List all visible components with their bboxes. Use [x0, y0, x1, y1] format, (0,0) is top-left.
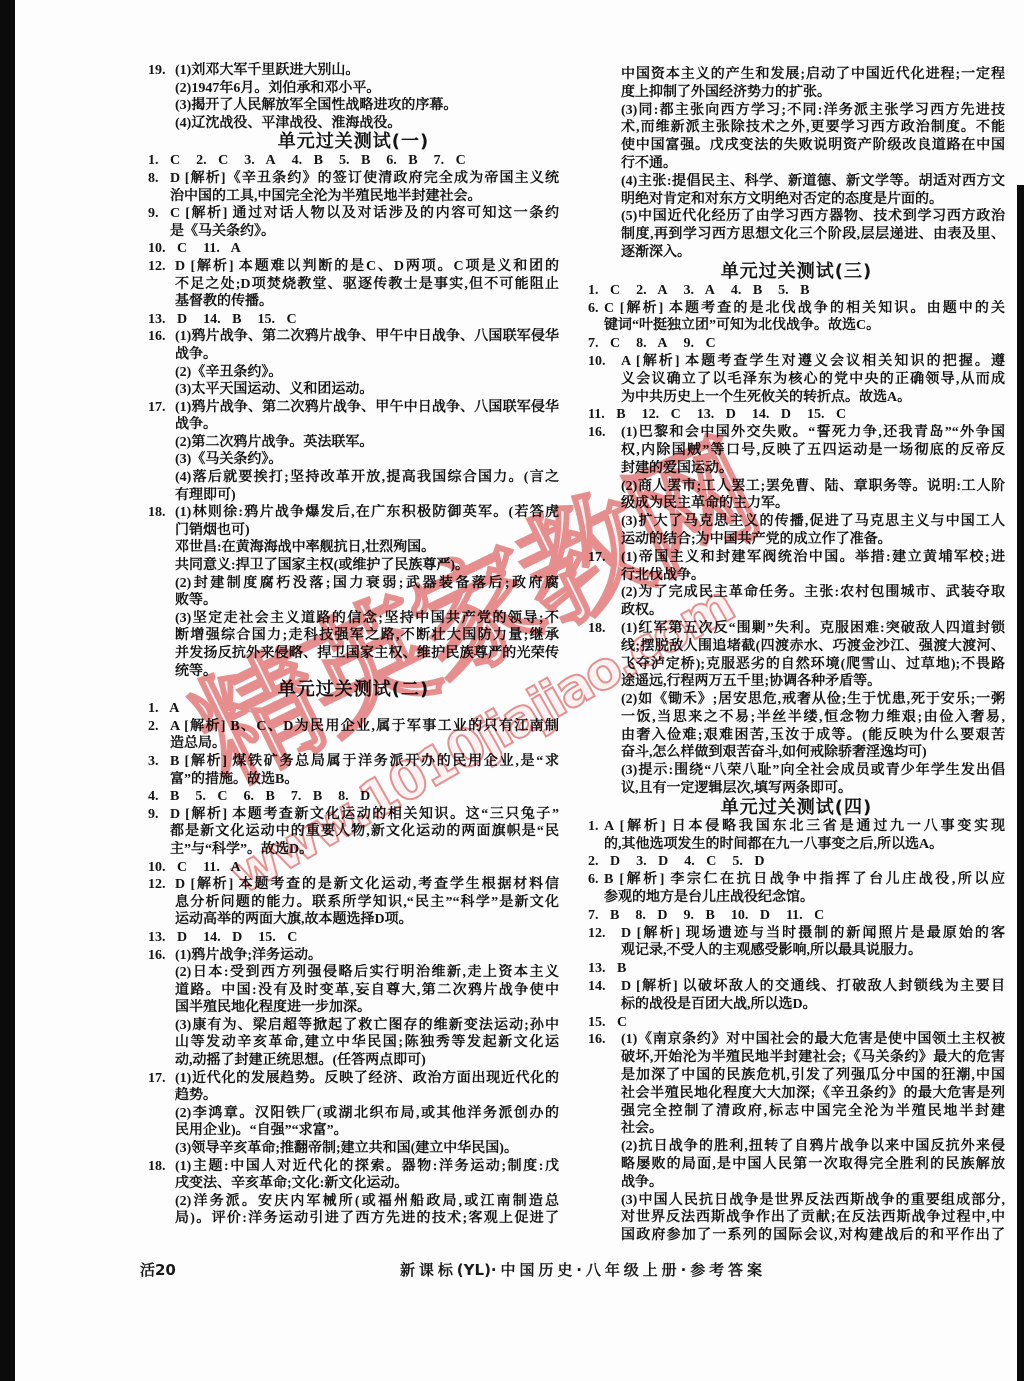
- answer: 10. C: [148, 240, 187, 258]
- answer-line: 是加深了中国的民族危机,引发了列强瓜分中国的狂潮,中国: [588, 1067, 1005, 1085]
- answer: 5. B: [339, 152, 370, 170]
- answer-line: 造总局。: [148, 735, 559, 753]
- answer: 7. B: [291, 788, 322, 806]
- answer-line: 败等。: [148, 592, 559, 610]
- answer-line: (1)红军第五次反“围剿”失利。克服困难:突破敌人四道封锁: [621, 620, 1005, 638]
- answer: 5. C: [195, 788, 227, 806]
- answer-line: (1)鸦片战争、第二次鸦片战争、甲午中日战争、八国联军侵华: [175, 328, 559, 346]
- answer-line: 线;摆脱敌人围追堵截(四渡赤水、巧渡金沙江、强渡大渡河、: [588, 638, 1005, 656]
- answer-item: 16.(1)鸦片战争、第二次鸦片战争、甲午中日战争、八国联军侵华 战争。 (2)…: [148, 328, 559, 398]
- answer-line: 义会议确立了以毛泽东为核心的党中央的正确领导,从而成: [588, 371, 1005, 389]
- question-number: 6.: [588, 871, 604, 889]
- answer-line: 富”的措施。故选B。: [148, 771, 559, 789]
- answer: 13. D: [148, 929, 187, 947]
- answer: 11. C: [786, 907, 824, 925]
- answer-item: 19.(1)刘邓大军千里跃进大别山。 (2)1947年6月。刘伯承和邓小平。 (…: [148, 62, 559, 132]
- question-number: 9.: [148, 806, 170, 824]
- footer-title: 新课标(YL)·中国历史·八年级上册·参考答案: [400, 1259, 762, 1280]
- answer-item: 6.C [解析] 本题考查的是北伐战争的相关知识。由题中的关 键词“叶挺独立团”…: [588, 300, 1005, 336]
- answer-line: (4)落后就要挨打;坚持改革开放,提高我国综合国力。(言之: [148, 469, 559, 487]
- question-number: 19.: [148, 62, 175, 80]
- answer-line: (4)主张:提倡民主、科学、新道德、新文学等。胡适对西方文: [588, 173, 1005, 191]
- answer: 8. D: [338, 788, 370, 806]
- question-number: 18.: [148, 504, 175, 522]
- answer-line: 由奢入俭难;艰难困苦,玉汝于成等。(能反映为什么要艰苦: [588, 727, 1005, 745]
- question-number: 1.: [588, 818, 604, 836]
- right-column: 中国资本主义的产生和发展;启动了中国近代化进程;一定程 度上抑制了外国经济势力的…: [588, 66, 1005, 1245]
- question-number: 17.: [588, 549, 621, 567]
- answer: 1. C: [588, 282, 620, 300]
- answer-line: 社会。: [588, 1120, 1005, 1138]
- answer-line: 观记录,不受人的主观感受影响,所以最具说服力。: [588, 942, 1005, 960]
- section-title: 单元过关测试(三): [588, 262, 1005, 282]
- answer-row: 13. B: [588, 960, 1005, 978]
- answer-line: 强完全控制了清政府,标志中国完全沦为半殖民地半封建: [588, 1103, 1005, 1121]
- answer-line: 飞夺泸定桥);克服恶劣的自然环境(爬雪山、过草地);不畏路: [588, 656, 1005, 674]
- answer-line: 政权。: [588, 602, 1005, 620]
- answer-line: D [解析] 本题难以判断的是C、D两项。C项是义和团的: [175, 258, 559, 276]
- answer-row: 13. D14. D15. C: [148, 929, 559, 947]
- answer-line: (1)帝国主义和封建军阀统治中国。举措:建立黄埔军校;进: [621, 549, 1005, 567]
- answer-line: 权,内除国贼”等口号,反映了五四运动是一场彻底的反帝反: [588, 442, 1005, 460]
- answer-row: 13. D14. B15. C: [148, 311, 559, 329]
- answer: 6. B: [243, 788, 274, 806]
- question-number: 16.: [148, 328, 175, 346]
- answer-line: 不足之处;D项焚烧教堂、驱逐传教士是事实,但不可能阻止: [148, 276, 559, 294]
- answer-line: 动,动摇了封建正统思想。(任答两点即可): [148, 1052, 559, 1070]
- answer-item: 6.B [解析] 李宗仁在抗日战争中指挥了台儿庄战役,所以应 参观的地方是台儿庄…: [588, 871, 1005, 907]
- answer-line: 议,且有一定逻辑层次,填写两条即可。: [588, 780, 1005, 798]
- answer-line: (2)《辛丑条约》。: [148, 364, 559, 382]
- answer-line: 趋势。: [148, 1087, 559, 1105]
- answer: 12. C: [642, 406, 681, 424]
- answer-line: 途遥远,行程两万五千里;协调各种矛盾等。: [588, 673, 1005, 691]
- answer-item: 12.D [解析] 本题难以判断的是C、D两项。C项是义和团的 不足之处;D项焚…: [148, 258, 559, 311]
- answer-line: 邓世昌:在黄海海战中率舰抗日,壮烈殉国。: [148, 539, 559, 557]
- question-number: 16.: [588, 1031, 621, 1049]
- answer: 15. C: [258, 929, 297, 947]
- answer-line: (1)近代化的发展趋势。反映了经济、政治方面出现近代化的: [175, 1070, 559, 1088]
- answer-line: 都是新文化运动中的重要人物,新文化运动的两面旗帜是“民: [148, 823, 559, 841]
- question-number: 12.: [148, 258, 175, 276]
- answer-line: 战争。: [148, 346, 559, 364]
- answer-line: 共同意义:捍卫了国家主权(或维护了民族尊严)。: [148, 557, 559, 575]
- answer: 1. A: [148, 700, 179, 718]
- answer-line: D [解析] 本题考查新文化运动的相关知识。这“三只兔子”: [170, 806, 559, 824]
- answer-line: (3)提示:围绕“八荣八耻”向全社会成员或青少年学生发出倡: [588, 762, 1005, 780]
- answer-line: (2)李鸿章。汉阳铁厂(或湖北织布局,或其他洋务派创办的: [148, 1105, 559, 1123]
- section-title: 单元过关测试(四): [588, 798, 1005, 818]
- answer: 5. B: [778, 282, 809, 300]
- answer-line: 是《马关条约》。: [148, 223, 559, 241]
- question-number: 2.: [148, 718, 170, 736]
- answer-item: 17.(1)近代化的发展趋势。反映了经济、政治方面出现近代化的 趋势。 (2)李…: [148, 1070, 559, 1158]
- answer: 5. D: [732, 853, 764, 871]
- answer-line: (1)鸦片战争;洋务运动。: [175, 947, 559, 965]
- answer-line: (5)中国近代化经历了由学习西方器物、技术到学习西方政治: [588, 208, 1005, 226]
- answer-line: 山等发动辛亥革命,建立中华民国;陈独秀等发起新文化运: [148, 1034, 559, 1052]
- answer-line: 度上抑制了外国经济势力的扩张。: [588, 84, 1005, 102]
- question-number: 14.: [588, 978, 621, 996]
- answer: 3. A: [244, 152, 275, 170]
- answer: 4. B: [292, 152, 323, 170]
- answer-line: B [解析] 煤铁矿务总局属于洋务派开办的民用企业,是“求: [170, 753, 559, 771]
- answer-line: 统等。: [148, 663, 559, 681]
- answer-line: 一饭,当思来之不易;半丝半缕,恒念物力维艰;由俭入奢易,: [588, 709, 1005, 727]
- answer-line: 治中国的工具,中国完全沦为半殖民地半封建社会。: [148, 188, 559, 206]
- left-column: 19.(1)刘邓大军千里跃进大别山。 (2)1947年6月。刘伯承和邓小平。 (…: [148, 62, 559, 1228]
- answer: 15. C: [588, 1014, 627, 1032]
- answer: 2. A: [636, 282, 667, 300]
- answer-line: 戌变法、辛亥革命;文化:新文化运动。: [148, 1175, 559, 1193]
- answer-item: 2.A [解析] B、C、D为民用企业,属于军事工业的只有江南制 造总局。: [148, 718, 559, 753]
- section-title: 单元过关测试(二): [148, 680, 559, 700]
- answer: 9. C: [683, 335, 715, 353]
- answer: 3. A: [683, 282, 714, 300]
- question-number: 12.: [148, 876, 175, 894]
- answer: 13. B: [588, 960, 626, 978]
- answer-line: 逐渐深入。: [588, 244, 1005, 262]
- answer-line: (2)抗日战争的胜利,扭转了自鸦片战争以来中国反抗外来侵: [588, 1138, 1005, 1156]
- answer: 3. D: [636, 853, 668, 871]
- answer: 11. B: [588, 406, 626, 424]
- answer-line: 战争。: [148, 416, 559, 434]
- question-number: 16.: [148, 947, 175, 965]
- answer-row: 1. C2. C3. A4. B5. B6. B7. C: [148, 152, 559, 170]
- question-number: 12.: [588, 925, 621, 943]
- answer-line: (4)辽沈战役、平津战役、淮海战役。: [148, 115, 559, 133]
- answer: 1. C: [148, 152, 180, 170]
- answer-line: 为中共历史上一个生死攸关的转折点。故选A。: [588, 389, 1005, 407]
- answer-line: 制度,再到学习西方思想文化三个阶段,层层递进、由表及里、: [588, 226, 1005, 244]
- answer-line: 断增强综合国力;走科技强军之路,不断壮大国防力量;继承: [148, 627, 559, 645]
- answer: 4. B: [148, 788, 179, 806]
- answer-row: 7. B8. D9. B10. D11. C: [588, 907, 1005, 925]
- answer-line: (3)《马关条约》。: [148, 451, 559, 469]
- answer-line: C [解析] 本题考查的是北伐战争的相关知识。由题中的关: [604, 300, 1005, 318]
- answer-line: 对世界反法西斯战争作出了贡献;在反法西斯战争过程中,中: [588, 1209, 1005, 1227]
- answer: 15. C: [807, 406, 846, 424]
- answer-line: 有理即可): [148, 487, 559, 505]
- answer-item: 1.A [解析] 日本侵略我国东北三省是通过九一八事变实现 的,其他选项发生的时…: [588, 818, 1005, 854]
- answer-line: 的,其他选项发生的时间都在九一八事变之后,所以选A。: [588, 836, 1005, 854]
- answer: 10. D: [731, 907, 770, 925]
- answer-line: (2)为了完成民主革命任务。主张:农村包围城市、武装夺取: [588, 584, 1005, 602]
- answer-line: 中国资本主义的产生和发展;启动了中国近代化进程;一定程: [588, 66, 1005, 84]
- section-title: 单元过关测试(一): [148, 132, 559, 152]
- answer-row: 4. B5. C6. B7. B8. D: [148, 788, 559, 806]
- answer-row: 10. C11. A: [148, 240, 559, 258]
- answer: 13. D: [697, 406, 736, 424]
- answer: 10. C: [148, 859, 187, 877]
- answer-row: 10. C11. A: [148, 859, 559, 877]
- answer-line: 运动的结合;为中国共产党的成立作了准备。: [588, 531, 1005, 549]
- answer: 11. A: [203, 240, 241, 258]
- answer-line: (3)领导辛亥革命;推翻帝制;建立共和国(建立中华民国)。: [148, 1140, 559, 1158]
- answer-item: 8.D [解析]《辛丑条约》的签订使清政府完全成为帝国主义统 治中国的工具,中国…: [148, 170, 559, 205]
- answer-line: 社会半殖民地化程度大大加深;《辛丑条约》的最大危害是列: [588, 1085, 1005, 1103]
- answer-line: 道路。中国:没有及时变革,妄自尊大,第二次鸦片战争使中: [148, 982, 559, 1000]
- answer-line: 战争。: [588, 1174, 1005, 1192]
- answer-line: D [解析] 以破坏敌人的交通线、打破敌人封锁线为主要目: [621, 978, 1005, 996]
- question-number: 9.: [148, 205, 170, 223]
- answer-line: 运动高举的两面大旗,故本题选择D项。: [148, 911, 559, 929]
- answer-item: 17.(1)鸦片战争、第二次鸦片战争、甲午中日战争、八国联军侵华 战争。 (2)…: [148, 399, 559, 505]
- answer-line: D [解析] 本题考查的是新文化运动,考查学生根据材料信: [175, 876, 559, 894]
- scanned-page: 19.(1)刘邓大军千里跃进大别山。 (2)1947年6月。刘伯承和邓小平。 (…: [0, 0, 1024, 1381]
- answer-line: (3)康有为、梁启超等掀起了救亡图存的维新变法运动;孙中: [148, 1017, 559, 1035]
- answer-item: 3.B [解析] 煤铁矿务总局属于洋务派开办的民用企业,是“求 富”的措施。故选…: [148, 753, 559, 788]
- answer: 7. C: [434, 152, 466, 170]
- answer-item: 9.C [解析] 通过对话人物以及对话涉及的内容可知这一条约 是《马关条约》。: [148, 205, 559, 240]
- answer-item: 17.(1)帝国主义和封建军阀统治中国。举措:建立黄埔军校;进 行北伐战争。 (…: [588, 549, 1005, 620]
- answer-line: D [解析] 现场遗迹与当时摄制的新闻照片是最原始的客: [621, 925, 1005, 943]
- answer-item: 12.D [解析] 本题考查的是新文化运动,考查学生根据材料信 息分析问题的能力…: [148, 876, 559, 929]
- answer: 9. B: [683, 907, 714, 925]
- answer-line: 略屡败的局面,是中国人民第一次取得完全胜利的民族解放: [588, 1156, 1005, 1174]
- answer-item: 18.(1)主题:中国人对近代化的探索。器物:洋务运动;制度:戊 戌变法、辛亥革…: [148, 1158, 559, 1228]
- question-number: 17.: [148, 1070, 175, 1088]
- answer: 7. C: [588, 335, 620, 353]
- answer-line: (3)揭开了人民解放军全国性战略进攻的序幕。: [148, 97, 559, 115]
- question-number: 16.: [588, 424, 621, 442]
- answer-line: 明绝对肯定和对东方文明绝对否定的态度是片面的。: [588, 191, 1005, 209]
- answer-item: 12.D [解析] 现场遗迹与当时摄制的新闻照片是最原始的客 观记录,不受人的主…: [588, 925, 1005, 961]
- answer-line: (2)日本:受到西方列强侵略后实行明治维新,走上资本主义: [148, 964, 559, 982]
- answer-item: 16.(1)巴黎和会中国外交失败。“誓死力争,还我青岛”“外争国 权,内除国贼”…: [588, 424, 1005, 549]
- answer: 14. B: [203, 311, 241, 329]
- answer-line: 主”与“科学”。故选D。: [148, 841, 559, 859]
- answer-item: 18.(1)林则徐:鸦片战争爆发后,在广东积极防御英军。(若答虎 门销烟也可) …: [148, 504, 559, 680]
- answer-line: 级成为民主革命的主力军。: [588, 495, 1005, 513]
- answer-line: 键词“叶挺独立团”可知为北伐战争。故选C。: [588, 317, 1005, 335]
- answer-item-continued: 中国资本主义的产生和发展;启动了中国近代化进程;一定程 度上抑制了外国经济势力的…: [588, 66, 1005, 262]
- answer-line: (3)中国人民抗日战争是世界反法西斯战争的重要组成部分,: [588, 1192, 1005, 1210]
- answer-row: 1. C2. A3. A4. B5. B: [588, 282, 1005, 300]
- answer-line: 术,而维新派主张除技术之外,更要学习西方政治制度。不能: [588, 119, 1005, 137]
- page-number: 活20: [140, 1259, 176, 1280]
- answer: 8. A: [636, 335, 667, 353]
- answer-line: (3)同:都主张向西方学习;不同:洋务派主张学习西方先进技: [588, 102, 1005, 120]
- answer-item: 16.(1)鸦片战争;洋务运动。 (2)日本:受到西方列强侵略后实行明治维新,走…: [148, 947, 559, 1070]
- answer-line: 行北伐战争。: [588, 567, 1005, 585]
- answer-line: 破坏,开始沦为半殖民地半封建社会;《马关条约》最大的危害: [588, 1049, 1005, 1067]
- answer-line: (1)鸦片战争、第二次鸦片战争、甲午中日战争、八国联军侵华: [175, 399, 559, 417]
- answer-item: 18.(1)红军第五次反“围剿”失利。克服困难:突破敌人四道封锁 线;摆脱敌人围…: [588, 620, 1005, 798]
- answer: 15. C: [257, 311, 296, 329]
- answer-line: 并发扬反抗外来侵略、捍卫国家主权、维护民族尊严的光荣传: [148, 645, 559, 663]
- answer-row: 15. C: [588, 1014, 1005, 1032]
- answer-line: A [解析] B、C、D为民用企业,属于军事工业的只有江南制: [170, 718, 559, 736]
- question-number: 18.: [588, 620, 621, 638]
- answer: 8. D: [635, 907, 667, 925]
- answer-line: (3)太平天国运动、义和团运动。: [148, 381, 559, 399]
- answer: 11. A: [203, 859, 241, 877]
- answer-item: 9.D [解析] 本题考查新文化运动的相关知识。这“三只兔子” 都是新文化运动中…: [148, 806, 559, 859]
- answer-line: (2)1947年6月。刘伯承和邓小平。: [148, 80, 559, 98]
- question-number: 8.: [148, 170, 170, 188]
- question-number: 17.: [148, 399, 175, 417]
- answer-line: (1)巴黎和会中国外交失败。“誓死力争,还我青岛”“外争国: [621, 424, 1005, 442]
- answer-line: 封建的爱国运动。: [588, 460, 1005, 478]
- answer: 14. D: [203, 929, 242, 947]
- answer-line: 奋斗,怎么样做到艰苦奋斗,如何戒除骄奢淫逸均可): [588, 744, 1005, 762]
- scan-border-right: [1017, 185, 1024, 1381]
- answer-line: 国半殖民地化程度进一步加深。: [148, 999, 559, 1017]
- answer-item: 10.A [解析] 本题考查学生对遵义会议相关知识的把握。遵 义会议确立了以毛泽…: [588, 353, 1005, 406]
- answer-line: A [解析] 本题考查学生对遵义会议相关知识的把握。遵: [621, 353, 1005, 371]
- answer-line: 参观的地方是台儿庄战役纪念馆。: [588, 889, 1005, 907]
- answer-line: (1)刘邓大军千里跃进大别山。: [175, 62, 559, 80]
- answer-line: (2)第二次鸦片战争。英法联军。: [148, 434, 559, 452]
- answer-line: (1)主题:中国人对近代化的探索。器物:洋务运动;制度:戊: [175, 1158, 559, 1176]
- answer-line: 门销烟也可): [148, 522, 559, 540]
- answer-row: 7. C8. A9. C: [588, 335, 1005, 353]
- question-number: 18.: [148, 1158, 175, 1176]
- answer-item: 16.(1)《南京条约》对中国社会的最大危害是使中国领土主权被 破坏,开始沦为半…: [588, 1031, 1005, 1245]
- answer-line: (2)洋务派。安庆内军械所(或福州船政局,或江南制造总: [148, 1193, 559, 1211]
- answer: 6. B: [386, 152, 417, 170]
- answer-line: (2)如《锄禾》;居安思危,戒奢从俭;生于忧患,死于安乐;一粥: [588, 691, 1005, 709]
- answer-line: 基督教的传播。: [148, 293, 559, 311]
- answer-line: 标的战役是百团大战,所以选D。: [588, 996, 1005, 1014]
- answer-line: (3)坚定走社会主义道路的信念;坚持中国共产党的领导;不: [148, 610, 559, 628]
- answer-line: C [解析] 通过对话人物以及对话涉及的内容可知这一条约: [170, 205, 559, 223]
- answer-line: D [解析]《辛丑条约》的签订使清政府完全成为帝国主义统: [170, 170, 559, 188]
- question-number: 10.: [588, 353, 621, 371]
- answer-row: 2. D3. D4. C5. D: [588, 853, 1005, 871]
- answer-line: (1)《南京条约》对中国社会的最大危害是使中国领土主权被: [621, 1031, 1005, 1049]
- answer-line: 行不通。: [588, 155, 1005, 173]
- answer: 2. D: [588, 853, 620, 871]
- answer-line: (1)林则徐:鸦片战争爆发后,在广东积极防御英军。(若答虎: [175, 504, 559, 522]
- answer-line: (2)封建制度腐朽没落;国力衰弱;武器装备落后;政府腐: [148, 575, 559, 593]
- answer: 2. C: [196, 152, 228, 170]
- answer-row: 1. A: [148, 700, 559, 718]
- answer-line: (3)扩大了马克思主义的传播,促进了马克思主义与中国工人: [588, 513, 1005, 531]
- question-number: 3.: [148, 753, 170, 771]
- answer: 13. D: [148, 311, 187, 329]
- answer-line: 国政府参加了一系列的国际会议,对构建战后的和平作出了: [588, 1227, 1005, 1245]
- answer-line: B [解析] 李宗仁在抗日战争中指挥了台儿庄战役,所以应: [604, 871, 1005, 889]
- question-number: 6.: [588, 300, 604, 318]
- answer: 7. B: [588, 907, 619, 925]
- answer-item: 14.D [解析] 以破坏敌人的交通线、打破敌人封锁线为主要目 标的战役是百团大…: [588, 978, 1005, 1014]
- answer: 4. B: [731, 282, 762, 300]
- answer-line: 使中国富强。戊戌变法的失败说明资产阶级改良道路在中国: [588, 137, 1005, 155]
- answer-row: 11. B12. C13. D14. D15. C: [588, 406, 1005, 424]
- answer-line: 息分析问题的能力。联系所学知识,“民主”“科学”是新文化: [148, 894, 559, 912]
- answer: 4. C: [684, 853, 716, 871]
- answer-line: A [解析] 日本侵略我国东北三省是通过九一八事变实现: [604, 818, 1005, 836]
- answer-line: (2)商人罢市;工人罢工;罢免曹、陆、章职务等。说明:工人阶: [588, 478, 1005, 496]
- scan-border-left: [0, 0, 15, 1381]
- answer: 14. D: [752, 406, 791, 424]
- answer-line: 民用企业)。“自强”“求富”。: [148, 1122, 559, 1140]
- answer-line: 局)。评价:洋务运动引进了西方先进的技术;客观上促进了: [148, 1210, 559, 1228]
